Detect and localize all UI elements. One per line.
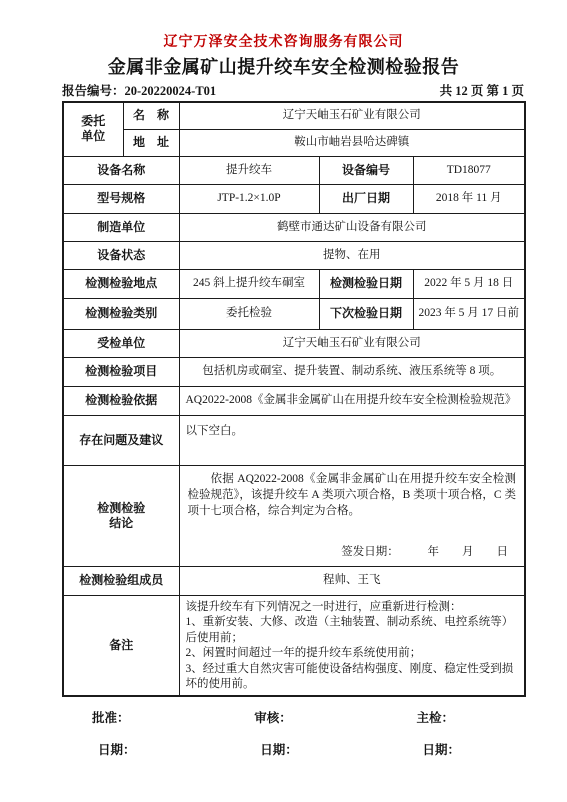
report-header: 辽宁万泽安全技术咨询服务有限公司 金属非金属矿山提升绞车安全检测检验报告 [0, 0, 567, 80]
page-title: 金属非金属矿山提升绞车安全检测检验报告 [0, 54, 567, 80]
pagination: 共 12 页 第 1 页 [440, 83, 524, 99]
next-date-value: 2023 年 5 月 17 日前 [413, 298, 525, 329]
row-inspected-unit: 受检单位 辽宁天岫玉石矿业有限公司 [63, 329, 525, 357]
remarks-label: 备注 [63, 595, 179, 696]
row-model: 型号规格 JTP-1.2×1.0P 出厂日期 2018 年 11 月 [63, 184, 525, 213]
row-device-name: 设备名称 提升绞车 设备编号 TD18077 [63, 156, 525, 184]
chief-date-label: 日期： [422, 740, 460, 758]
conclusion-cell: 依据 AQ2022-2008《金属非金属矿山在用提升绞车安全检测检验规范》，该提… [179, 465, 525, 566]
sign-date-line: 签发日期： 年 月 日 [188, 545, 517, 562]
company-name: 辽宁万泽安全技术咨询服务有限公司 [0, 34, 567, 52]
mfg-date-label: 出厂日期 [319, 184, 413, 213]
conclusion-label: 检测检验 结论 [63, 465, 179, 566]
model-value: JTP-1.2×1.0P [179, 184, 319, 213]
client-address-value: 鞍山市岫岩县哈达碑镇 [179, 129, 525, 156]
device-status-label: 设备状态 [63, 241, 179, 269]
problems-value: 以下空白。 [179, 415, 525, 465]
signature-footer: 批准： 审核： 主检： 日期： 日期： 日期： [62, 708, 524, 758]
device-name-label: 设备名称 [63, 156, 179, 184]
row-category: 检测检验类别 委托检验 下次检验日期 2023 年 5 月 17 日前 [63, 298, 525, 329]
items-value: 包括机房或硐室、提升装置、制动系统、液压系统等 8 项。 [179, 357, 525, 386]
row-basis: 检测检验依据 AQ2022-2008《金属非金属矿山在用提升绞车安全检测检验规范… [63, 386, 525, 415]
row-conclusion: 检测检验 结论 依据 AQ2022-2008《金属非金属矿山在用提升绞车安全检测… [63, 465, 525, 566]
report-page: 辽宁万泽安全技术咨询服务有限公司 金属非金属矿山提升绞车安全检测检验报告 报告编… [0, 0, 567, 802]
inspection-form-table: 委托 单位 名 称 辽宁天岫玉石矿业有限公司 地 址 鞍山市岫岩县哈达碑镇 设备… [62, 101, 526, 697]
mfg-date-value: 2018 年 11 月 [413, 184, 525, 213]
model-label: 型号规格 [63, 184, 179, 213]
row-location: 检测检验地点 245 斜上提升绞车硐室 检测检验日期 2022 年 5 月 18… [63, 269, 525, 298]
basis-label: 检测检验依据 [63, 386, 179, 415]
remarks-value: 该提升绞车有下列情况之一时进行，应重新进行检测： 1、重新安装、大修、改造（主轴… [179, 595, 525, 696]
date-row: 日期： 日期： 日期： [62, 740, 524, 758]
next-date-label: 下次检验日期 [319, 298, 413, 329]
client-unit-label: 委托 单位 [63, 102, 123, 156]
inspected-unit-value: 辽宁天岫玉石矿业有限公司 [179, 329, 525, 357]
report-number: 报告编号：20-20220024-T01 [62, 83, 216, 99]
client-address-label: 地 址 [123, 129, 179, 156]
test-date-label: 检测检验日期 [319, 269, 413, 298]
problems-label: 存在问题及建议 [63, 415, 179, 465]
items-label: 检测检验项目 [63, 357, 179, 386]
row-device-status: 设备状态 提物、在用 [63, 241, 525, 269]
basis-value: AQ2022-2008《金属非金属矿山在用提升绞车安全检测检验规范》 [179, 386, 525, 415]
row-items: 检测检验项目 包括机房或硐室、提升装置、制动系统、液压系统等 8 项。 [63, 357, 525, 386]
report-meta-line: 报告编号：20-20220024-T01 共 12 页 第 1 页 [62, 83, 524, 99]
manufacturer-label: 制造单位 [63, 213, 179, 241]
device-no-value: TD18077 [413, 156, 525, 184]
row-team: 检测检验组成员 程帅、王飞 [63, 566, 525, 595]
test-date-value: 2022 年 5 月 18 日 [413, 269, 525, 298]
team-value: 程帅、王飞 [179, 566, 525, 595]
signature-row: 批准： 审核： 主检： [62, 708, 524, 726]
row-remarks: 备注 该提升绞车有下列情况之一时进行，应重新进行检测： 1、重新安装、大修、改造… [63, 595, 525, 696]
location-label: 检测检验地点 [63, 269, 179, 298]
approve-label: 批准： [92, 708, 130, 726]
client-name-label: 名 称 [123, 102, 179, 129]
manufacturer-value: 鹤壁市通达矿山设备有限公司 [179, 213, 525, 241]
client-name-value: 辽宁天岫玉石矿业有限公司 [179, 102, 525, 129]
approve-date-label: 日期： [98, 740, 136, 758]
review-label: 审核： [254, 708, 292, 726]
conclusion-text: 依据 AQ2022-2008《金属非金属矿山在用提升绞车安全检测检验规范》，该提… [188, 471, 517, 519]
row-client-name: 委托 单位 名 称 辽宁天岫玉石矿业有限公司 [63, 102, 525, 129]
row-problems: 存在问题及建议 以下空白。 [63, 415, 525, 465]
inspected-unit-label: 受检单位 [63, 329, 179, 357]
category-label: 检测检验类别 [63, 298, 179, 329]
device-status-value: 提物、在用 [179, 241, 525, 269]
review-date-label: 日期： [260, 740, 298, 758]
row-client-address: 地 址 鞍山市岫岩县哈达碑镇 [63, 129, 525, 156]
category-value: 委托检验 [179, 298, 319, 329]
location-value: 245 斜上提升绞车硐室 [179, 269, 319, 298]
chief-label: 主检： [416, 708, 454, 726]
row-manufacturer: 制造单位 鹤壁市通达矿山设备有限公司 [63, 213, 525, 241]
device-name-value: 提升绞车 [179, 156, 319, 184]
team-label: 检测检验组成员 [63, 566, 179, 595]
device-no-label: 设备编号 [319, 156, 413, 184]
